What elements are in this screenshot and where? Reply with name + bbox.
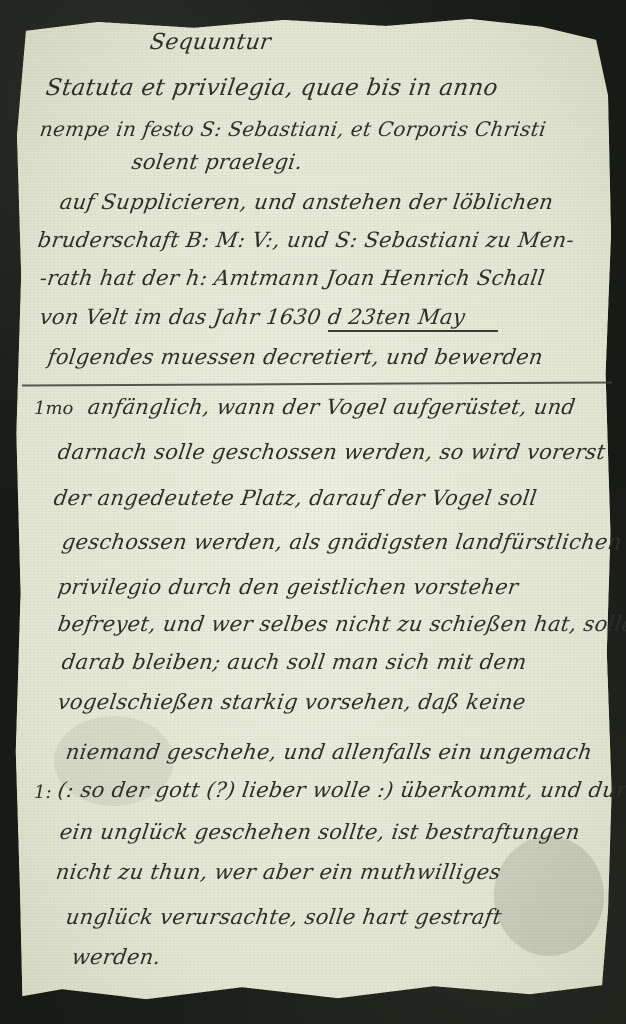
body-line: werden.	[70, 945, 162, 969]
body-line: unglück verursachte, solle hart gestraft	[64, 905, 503, 929]
body-line: geschossen werden, als gnädigsten landfü…	[60, 530, 623, 554]
body-line: (: so der gott (?) lieber wolle :) überk…	[56, 778, 626, 802]
body-line: vogelschießen starkig vorsehen, daß kein…	[56, 690, 527, 714]
heading-line: Statuta et privilegia, quae bis in anno	[44, 75, 499, 101]
paper-stain	[494, 836, 604, 956]
preamble-line: -rath hat der h: Amtmann Joan Henrich Sc…	[38, 266, 546, 290]
margin-mark-left: 1:	[34, 782, 52, 803]
date-underline	[328, 330, 498, 332]
body-line: anfänglich, wann der Vogel aufgerüstet, …	[86, 395, 577, 419]
body-line: ein unglück geschehen sollte, ist bestra…	[58, 820, 581, 844]
body-line: privilegio durch den geistlichen vorsteh…	[56, 575, 520, 599]
preamble-line: folgendes muessen decretiert, und bewerd…	[46, 345, 544, 369]
preamble-line: bruderschaft B: M: V:, und S: Sebastiani…	[36, 228, 575, 252]
heading-title: Sequuntur	[148, 30, 272, 55]
body-line: darab bleiben; auch soll man sich mit de…	[60, 650, 528, 674]
body-line: der angedeutete Platz, darauf der Vogel …	[52, 486, 538, 510]
body-line: nicht zu thun, wer aber ein muthwilliges	[54, 860, 502, 884]
body-line: befreyet, und wer selbes nicht zu schieß…	[56, 612, 626, 636]
section-marker: 1mo	[34, 398, 73, 419]
preamble-line: auf Supplicieren, und anstehen der löbli…	[58, 190, 555, 214]
body-line: darnach solle geschossen werden, so wird…	[56, 440, 607, 464]
body-line: niemand geschehe, und allenfalls ein ung…	[64, 740, 594, 764]
preamble-line: von Velt im das Jahr 1630 d 23ten May	[38, 305, 466, 329]
heading-line: solent praelegi.	[130, 150, 304, 174]
heading-line: nempe in festo S: Sebastiani, et Corpori…	[38, 117, 547, 141]
